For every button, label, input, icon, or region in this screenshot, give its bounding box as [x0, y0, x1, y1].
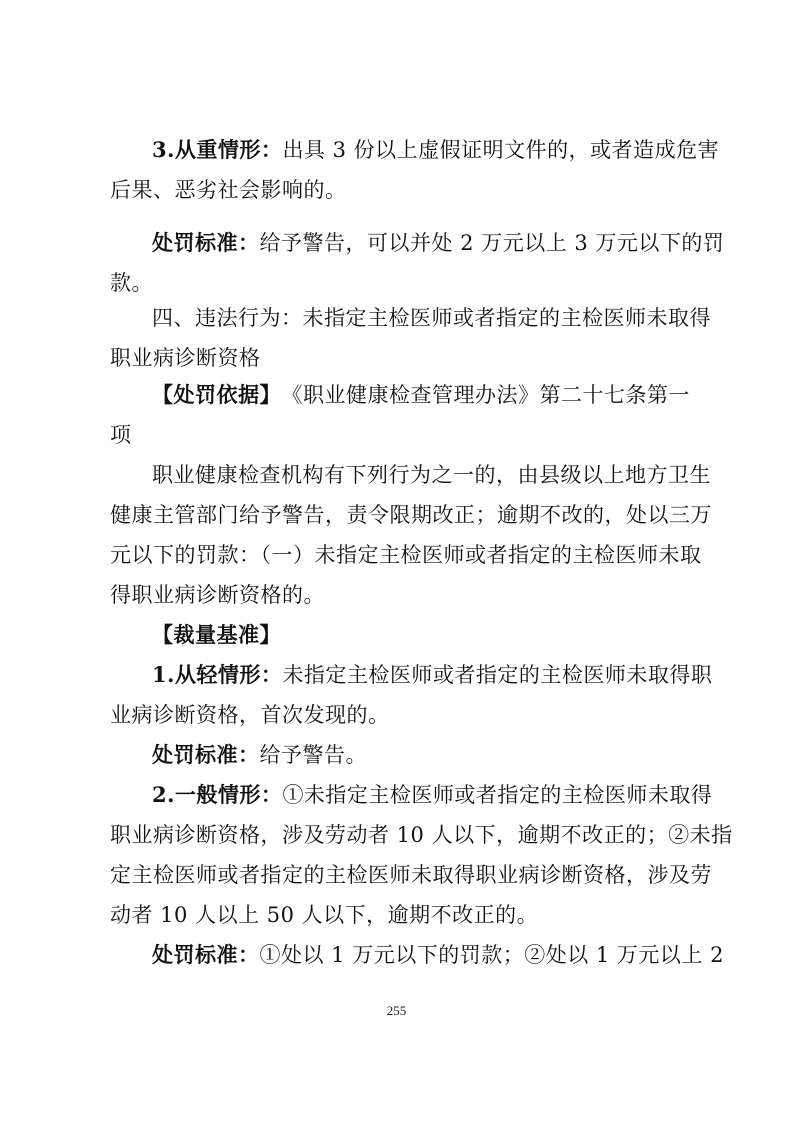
line-text: 四、违法行为：未指定主检医师或者指定的主检医师未取得 [152, 306, 711, 330]
line-text: 《职业健康检查管理办法》第二十七条第一 [271, 383, 691, 407]
page-number: 255 [0, 1003, 793, 1019]
line-text: 得职业病诊断资格的。 [110, 583, 325, 607]
text-line: 款。 [110, 268, 153, 298]
bold-label: 处罚标准： [152, 230, 260, 255]
line-text: 项 [110, 423, 132, 447]
line-text: ①处以 1 万元以下的罚款；②处以 1 万元以上 2 [260, 943, 724, 967]
line-text: 动者 10 人以上 50 人以下，逾期不改正的。 [110, 903, 538, 927]
text-line: 职业病诊断资格 [110, 343, 261, 373]
bold-label: 处罚标准： [152, 742, 260, 767]
text-line: 元以下的罚款：（一）未指定主检医师或者指定的主检医师未取 [110, 540, 702, 570]
text-line: 2.一般情形：①未指定主检医师或者指定的主检医师未取得 [152, 780, 712, 810]
text-line: 职业健康检查机构有下列行为之一的，由县级以上地方卫生 [152, 460, 711, 490]
line-text: 职业病诊断资格，涉及劳动者 10 人以下，逾期不改正的；②未指 [110, 823, 733, 847]
text-line: 健康主管部门给予警告，责令限期改正；逾期不改的，处以三万 [110, 500, 712, 530]
line-text: ①未指定主检医师或者指定的主检医师未取得 [282, 783, 712, 807]
line-text: 职业健康检查机构有下列行为之一的，由县级以上地方卫生 [152, 463, 711, 487]
text-line: 处罚标准：①处以 1 万元以下的罚款；②处以 1 万元以上 2 [152, 940, 724, 970]
line-text: 款。 [110, 271, 153, 295]
line-text: 定主检医师或者指定的主检医师未取得职业病诊断资格，涉及劳 [110, 863, 712, 887]
text-line: 【处罚依据】 《职业健康检查管理办法》第二十七条第一 [152, 380, 690, 410]
line-text: 给予警告。 [260, 743, 368, 767]
line-text: 职业病诊断资格 [110, 346, 261, 370]
text-line: 四、违法行为：未指定主检医师或者指定的主检医师未取得 [152, 303, 711, 333]
text-line: 3.从重情形：出具 3 份以上虚假证明文件的，或者造成危害 [152, 135, 719, 165]
text-line: 1.从轻情形：未指定主检医师或者指定的主检医师未取得职 [152, 660, 712, 690]
text-line: 处罚标准：给予警告。 [152, 740, 367, 770]
text-line: 职业病诊断资格，涉及劳动者 10 人以下，逾期不改正的；②未指 [110, 820, 733, 850]
bold-label: 3.从重情形： [152, 137, 282, 162]
line-text: 未指定主检医师或者指定的主检医师未取得职 [282, 663, 712, 687]
line-text: 健康主管部门给予警告，责令限期改正；逾期不改的，处以三万 [110, 503, 712, 527]
bold-label: 2.一般情形： [152, 782, 282, 807]
bold-label: 1.从轻情形： [152, 662, 282, 687]
line-text: 给予警告，可以并处 2 万元以上 3 万元以下的罚 [260, 231, 725, 255]
line-text: 业病诊断资格，首次发现的。 [110, 703, 390, 727]
line-text: 出具 3 份以上虚假证明文件的，或者造成危害 [282, 138, 719, 162]
line-text: 后果、恶劣社会影响的。 [110, 178, 347, 202]
bold-label: 【裁量基准】 [152, 622, 281, 647]
text-line: 得职业病诊断资格的。 [110, 580, 325, 610]
text-line: 后果、恶劣社会影响的。 [110, 175, 347, 205]
bold-label: 【处罚依据】 [152, 382, 271, 407]
text-line: 定主检医师或者指定的主检医师未取得职业病诊断资格，涉及劳 [110, 860, 712, 890]
text-line: 业病诊断资格，首次发现的。 [110, 700, 390, 730]
text-line: 动者 10 人以上 50 人以下，逾期不改正的。 [110, 900, 538, 930]
line-text: 元以下的罚款：（一）未指定主检医师或者指定的主检医师未取 [110, 543, 702, 567]
text-line: 处罚标准：给予警告，可以并处 2 万元以上 3 万元以下的罚 [152, 228, 724, 258]
bold-label: 处罚标准： [152, 942, 260, 967]
text-line: 项 [110, 420, 132, 450]
text-line: 【裁量基准】 [152, 620, 281, 650]
